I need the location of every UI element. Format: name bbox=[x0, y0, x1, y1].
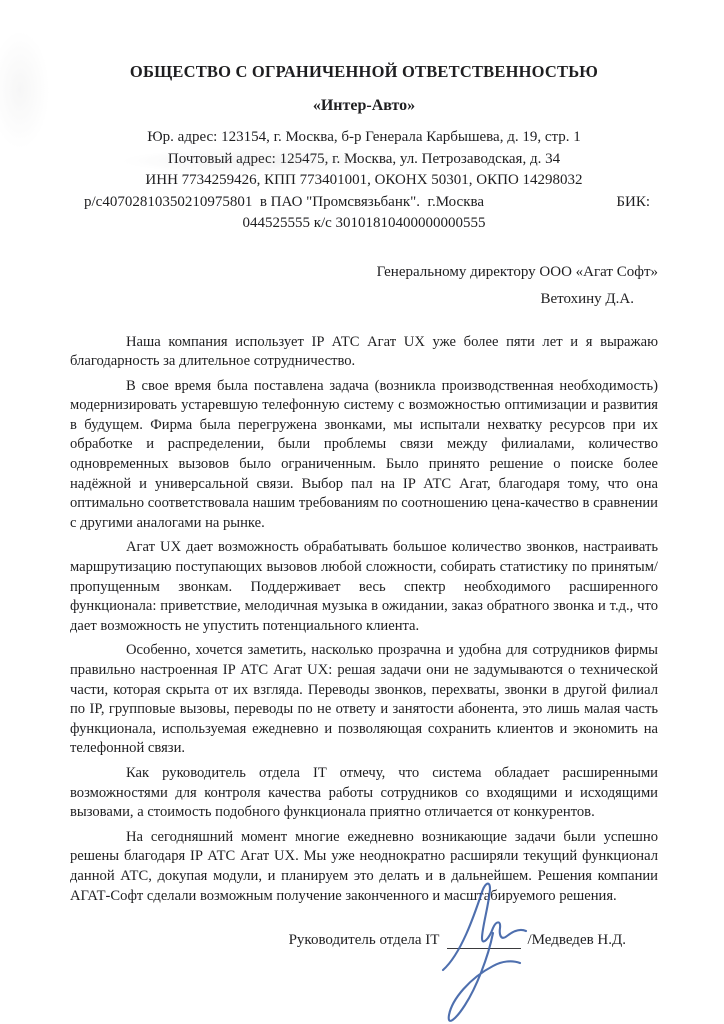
letterhead: ОБЩЕСТВО С ОГРАНИЧЕННОЙ ОТВЕТСТВЕННОСТЬЮ… bbox=[70, 62, 658, 235]
registration-codes: ИНН 7734259426, КПП 773401001, ОКОНХ 503… bbox=[70, 170, 658, 192]
paragraph-usability: Особенно, хочется заметить, насколько пр… bbox=[70, 641, 658, 759]
paragraph-it-review: Как руководитель отдела IT отмечу, что с… bbox=[70, 764, 658, 823]
scan-artifact bbox=[0, 30, 50, 150]
bank-details-row: р/с40702810350210975801 в ПАО "Промсвязь… bbox=[70, 192, 658, 214]
org-type-title: ОБЩЕСТВО С ОГРАНИЧЕННОЙ ОТВЕТСТВЕННОСТЬЮ bbox=[70, 62, 658, 82]
paragraph-intro: Наша компания использует IP АТС Агат UX … bbox=[70, 333, 658, 372]
signature-block: Руководитель отдела IT /Медведев Н.Д. bbox=[70, 932, 658, 949]
signature-line bbox=[447, 934, 521, 949]
recipient-position: Генеральному директору ООО «Агат Софт» bbox=[70, 259, 658, 286]
letter-body: Наша компания использует IP АТС Агат UX … bbox=[70, 333, 658, 907]
bik-value: 044525555 к/с 30101810400000000555 bbox=[70, 213, 658, 235]
signatory-position: Руководитель отдела IT bbox=[289, 932, 440, 949]
legal-address: Юр. адрес: 123154, г. Москва, б-р Генера… bbox=[70, 127, 658, 149]
letter-page: ОБЩЕСТВО С ОГРАНИЧЕННОЙ ОТВЕТСТВЕННОСТЬЮ… bbox=[0, 0, 724, 1024]
postal-address: Почтовый адрес: 125475, г. Москва, ул. П… bbox=[70, 149, 658, 171]
bank-account: р/с40702810350210975801 в ПАО "Промсвязь… bbox=[84, 192, 484, 214]
paragraph-features: Агат UX дает возможность обрабатывать бо… bbox=[70, 538, 658, 636]
handwritten-signature bbox=[431, 878, 543, 1024]
bik-label: БИК: bbox=[616, 192, 650, 214]
recipient-name: Ветохину Д.А. bbox=[70, 286, 658, 313]
org-name: «Интер-Авто» bbox=[70, 97, 658, 115]
paragraph-conclusion: На сегодняшний момент многие ежедневно в… bbox=[70, 828, 658, 906]
paragraph-task: В свое время была поставлена задача (воз… bbox=[70, 377, 658, 534]
recipient-block: Генеральному директору ООО «Агат Софт» В… bbox=[70, 259, 658, 313]
